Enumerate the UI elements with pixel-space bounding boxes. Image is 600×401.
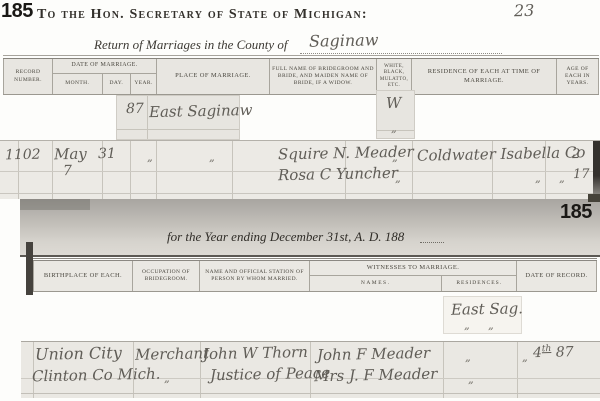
entry-age-bride: 17	[573, 167, 590, 182]
ditto-mark: „	[488, 319, 494, 332]
ditto-mark: „	[522, 351, 528, 364]
sheet-number-second: 185	[560, 201, 592, 224]
ditto-mark: „	[147, 151, 153, 164]
entry-witness-residence: East Sag.	[451, 299, 523, 319]
entry-color: W	[386, 94, 402, 112]
grid-line	[52, 141, 53, 199]
entry-residence: Coldwater Isabella Co	[417, 143, 586, 165]
col-age: Age of Each in Years.	[557, 59, 599, 94]
entry-witness-name-1: John F Meader	[317, 344, 430, 364]
grid-line	[443, 342, 444, 398]
scan-edge-bar	[593, 141, 600, 199]
entry-occupation: Merchant	[135, 344, 209, 364]
grid-line	[130, 141, 131, 199]
col-witness-names: Names.	[310, 276, 442, 291]
date-day: 4	[533, 345, 542, 361]
year-dotted-line	[420, 232, 444, 243]
grid-line	[21, 393, 600, 394]
ditto-mark: „	[464, 319, 470, 332]
scanned-marriage-record: 185 To the Hon. Secretary of State of Mi…	[0, 0, 600, 401]
rule-line	[3, 55, 599, 56]
ditto-mark: „	[395, 172, 401, 185]
col-date-of-record: Date of Record.	[517, 261, 597, 291]
entry-age-groom: 2	[572, 147, 581, 162]
addressee-heading: To the Hon. Secretary of State of Michig…	[37, 7, 368, 23]
county-handwritten: Saginaw	[309, 30, 379, 50]
col-place-of-marriage: Place of Marriage.	[157, 59, 270, 94]
ditto-mark: „	[465, 351, 471, 364]
col-date-of-marriage: Date of Marriage.	[53, 59, 156, 73]
grid-line	[117, 129, 239, 130]
entry-date-of-record: 4th 87	[533, 344, 574, 362]
scan-fragment-row: 1102 May 7 31 „ „ Squire N. Meader „ Col…	[0, 140, 600, 199]
col-day: Day.	[103, 74, 132, 94]
grid-line	[0, 193, 600, 194]
scan-fragment-witness-residence: East Sag. „ „	[443, 296, 522, 334]
sheet-number-top: 185	[1, 0, 33, 23]
entry-bride-name: Rosa C Yuncher	[278, 164, 398, 185]
ditto-mark: „	[392, 151, 398, 164]
ditto-mark: „	[559, 172, 565, 185]
grid-line	[232, 141, 233, 199]
ditto-mark: „	[209, 151, 215, 164]
entry-month: May	[54, 145, 87, 164]
entry-officiant-name: John W Thorn	[203, 343, 308, 363]
entry-day: 31	[98, 146, 116, 162]
return-line-label: Return of Marriages in the County of	[94, 37, 288, 53]
entry-color-ditto: „	[391, 122, 397, 135]
table2-header: Birthplace of Each. Occupation of Brideg…	[33, 260, 597, 292]
entry-birthplace-2: Clinton Co Mich.	[32, 365, 161, 386]
col-witnesses: Witnesses to Marriage.	[310, 261, 516, 275]
ditto-mark: „	[468, 373, 474, 386]
rule-line	[26, 258, 597, 259]
handwritten-page-number: 23	[514, 1, 535, 20]
scan-smudge	[20, 199, 90, 210]
entry-witness-name-2: Mrs J. F Meader	[314, 365, 438, 386]
col-officiant: Name and Official Station of Person by W…	[200, 261, 310, 291]
col-color: White, Black, Mulatto, Etc.	[377, 59, 412, 94]
grid-line	[156, 141, 157, 199]
table1-header: Record Number. Date of Marriage. Month. …	[3, 58, 599, 95]
col-full-name: Full Name of Bridegroom and Bride, and M…	[270, 59, 377, 94]
entry-birthplace-1: Union City	[35, 343, 122, 364]
rule-line	[20, 255, 600, 257]
col-record-number: Record Number.	[3, 59, 53, 94]
date-suffix: th	[542, 344, 552, 354]
ditto-mark: „	[164, 372, 170, 385]
col-birthplace: Birthplace of Each.	[33, 261, 133, 291]
grid-line	[517, 342, 518, 398]
scan-shadow-band	[20, 199, 600, 256]
entry-officiant-title: Justice of Peace	[210, 364, 330, 385]
date-year: 87	[556, 344, 574, 360]
year-ending-line: for the Year ending December 31st, A. D.…	[167, 229, 404, 245]
scan-fragment-color: W „	[376, 90, 415, 139]
col-residence: Residence of Each at Time of Marriage.	[412, 59, 557, 94]
col-witness-residences: Residences.	[442, 276, 516, 291]
scan-fragment-bottom-rows: Union City Merchant John W Thorn John F …	[21, 341, 600, 398]
scan-fragment-place: 87 East Saginaw	[116, 95, 240, 140]
entry-record-number: 1102	[5, 147, 41, 164]
scan-edge-bar	[26, 242, 33, 295]
col-year: Year.	[131, 74, 156, 94]
col-occupation: Occupation of Bridegroom.	[133, 261, 200, 291]
col-month: Month.	[53, 74, 103, 94]
entry-place: East Saginaw	[149, 101, 253, 121]
entry-month-note: 7	[63, 163, 72, 179]
entry-year: 87	[126, 101, 144, 117]
ditto-mark: „	[535, 172, 541, 185]
